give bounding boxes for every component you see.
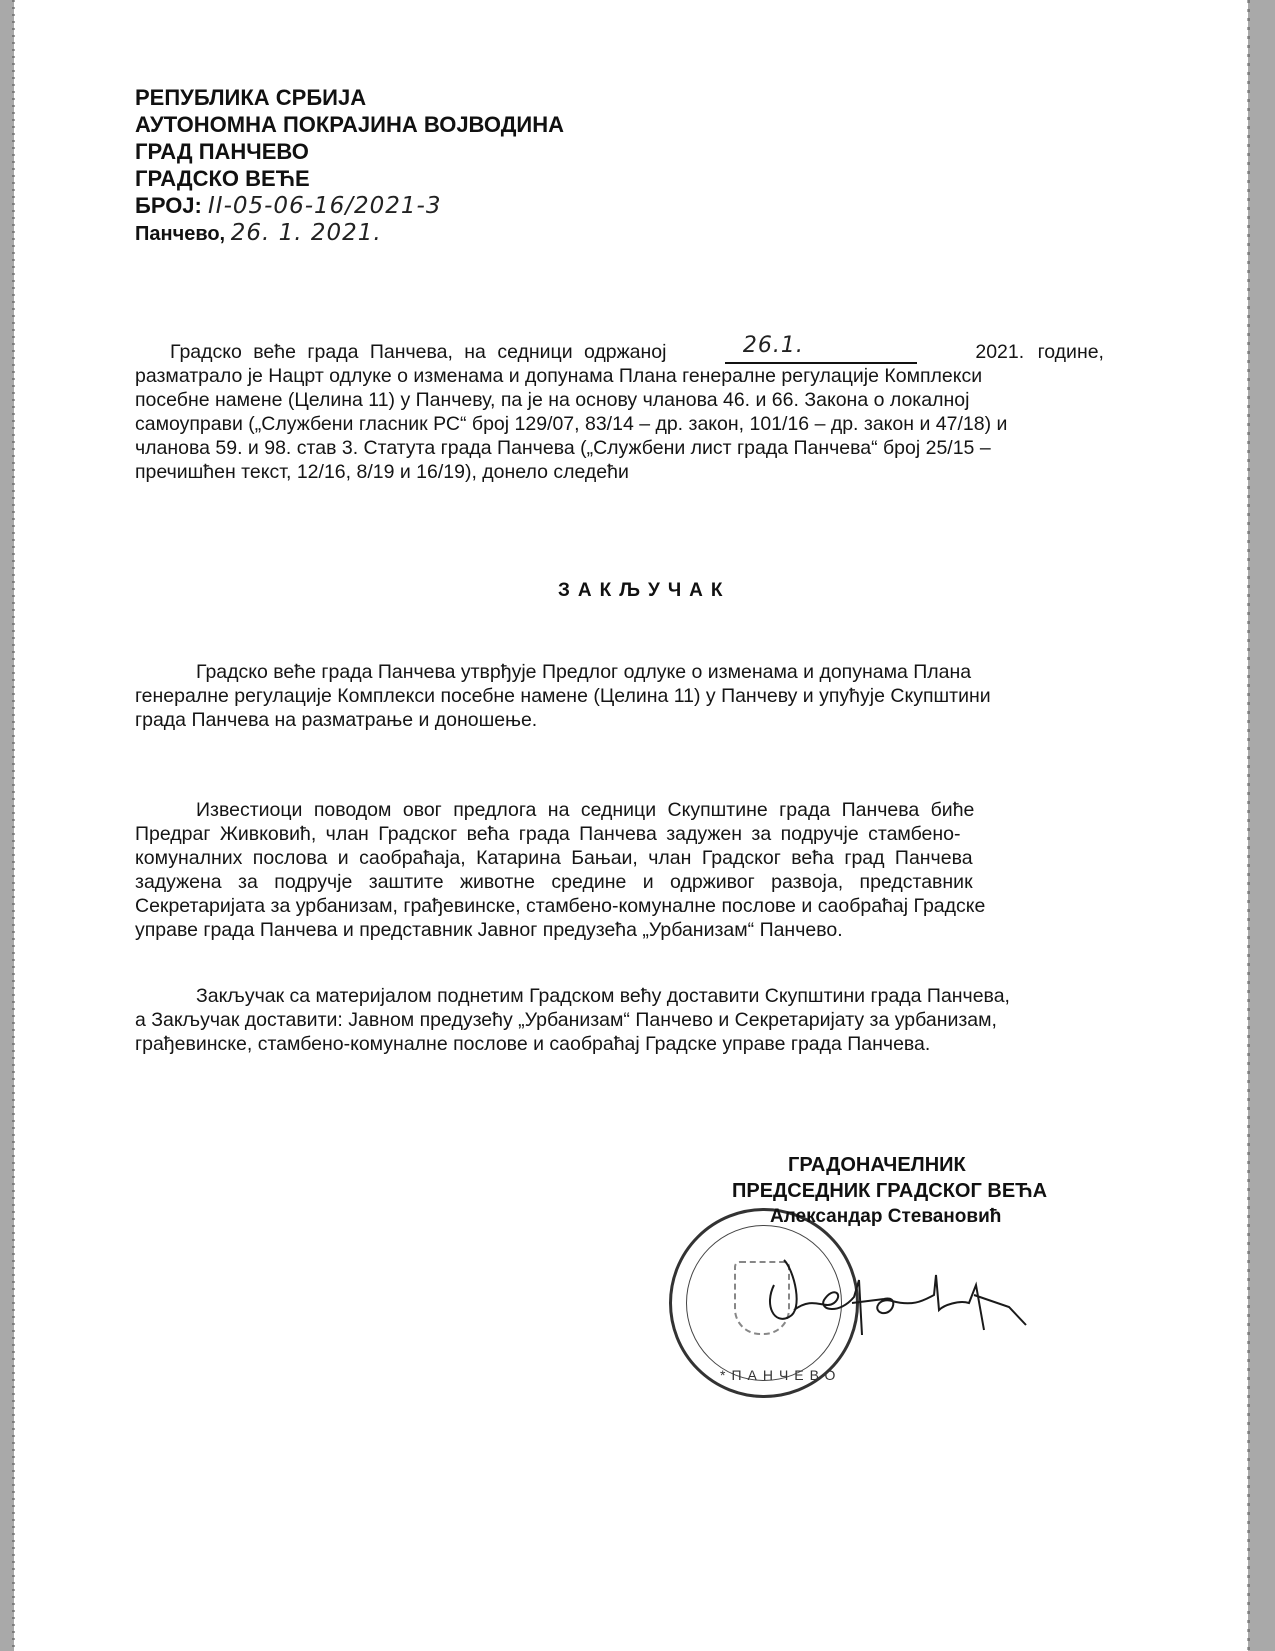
para3-line-1: Закључак са материјалом поднетим Градско… [196, 984, 1010, 1008]
intro-line-6: пречишћен текст, 12/16, 8/19 и 16/19), д… [135, 460, 629, 484]
intro-line-3: посебне намене (Целина 11) у Панчеву, па… [135, 388, 1105, 412]
header-line-province: АУТОНОМНА ПОКРАЈИНА ВОЈВОДИНА [135, 111, 564, 138]
document-title: ЗАКЉУЧАК [558, 580, 731, 602]
header-line-republic: РЕПУБЛИКА СРБИЈА [135, 84, 366, 111]
header-line-city: ГРАД ПАНЧЕВО [135, 138, 309, 165]
signature-title-council-president: ПРЕДСЕДНИК ГРАДСКОГ ВЕЋА [732, 1178, 1047, 1204]
para1-line-3: града Панчева на разматрање и доношење. [135, 708, 537, 732]
intro-line-1-start: Градско веће града Панчева, на седници о… [170, 340, 666, 364]
para1-line-2: генералне регулације Комплекси посебне н… [135, 684, 991, 708]
stamp-bottom-text: *ПАНЧЕВО [720, 1367, 841, 1383]
intro-line-4: самоуправи („Службени гласник РС“ број 1… [135, 412, 1105, 436]
para2-line-4: задужена за подручје заштите животне сре… [135, 870, 973, 894]
signature-title-mayor: ГРАДОНАЧЕЛНИК [788, 1152, 966, 1178]
scan-edge-left [12, 0, 15, 1651]
para2-line-2: Предраг Живковић, члан Градског већа гра… [135, 822, 961, 846]
place-label: Панчево, [135, 223, 225, 245]
header-line-council: ГРАДСКО ВЕЋЕ [135, 165, 310, 192]
para3-line-2: а Закључак доставити: Јавном предузећу „… [135, 1008, 997, 1032]
para3-line-3: грађевинске, стамбено-комуналне послове … [135, 1032, 930, 1056]
handwritten-signature-icon [764, 1255, 1034, 1345]
session-date-handwritten: 26.1. [743, 334, 804, 358]
para2-line-5: Секретаријата за урбанизам, грађевинске,… [135, 894, 985, 918]
document-number-label: БРОЈ: [135, 193, 202, 218]
scan-edge-right [1247, 0, 1250, 1651]
session-date-blank: 26.1. [725, 340, 917, 364]
document-page: РЕПУБЛИКА СРБИЈА АУТОНОМНА ПОКРАЈИНА ВОЈ… [14, 0, 1248, 1651]
intro-line-2: разматрало је Нацрт одлуке о изменама и … [135, 364, 1105, 388]
place-date: Панчево, 26. 1. 2021. [135, 220, 382, 248]
para2-line-6: управе града Панчева и представник Јавно… [135, 918, 843, 942]
para2-line-1: Известиоци поводом овог предлога на седн… [196, 798, 974, 822]
intro-line-1-end: 2021. године, [975, 340, 1104, 364]
intro-line-1: Градско веће града Панчева, на седници о… [170, 340, 1104, 364]
document-number: БРОЈ: II-05-06-16/2021-3 [135, 192, 441, 220]
para1-line-1: Градско веће града Панчева утврђује Пред… [196, 660, 971, 684]
date-value: 26. 1. 2021. [231, 220, 382, 246]
signature-name: Александар Стевановић [770, 1204, 1001, 1230]
para2-line-3: комуналних послова и саобраћаја, Катарин… [135, 846, 973, 870]
document-number-value: II-05-06-16/2021-3 [208, 193, 441, 219]
intro-line-5: чланова 59. и 98. став 3. Статута града … [135, 436, 1105, 460]
